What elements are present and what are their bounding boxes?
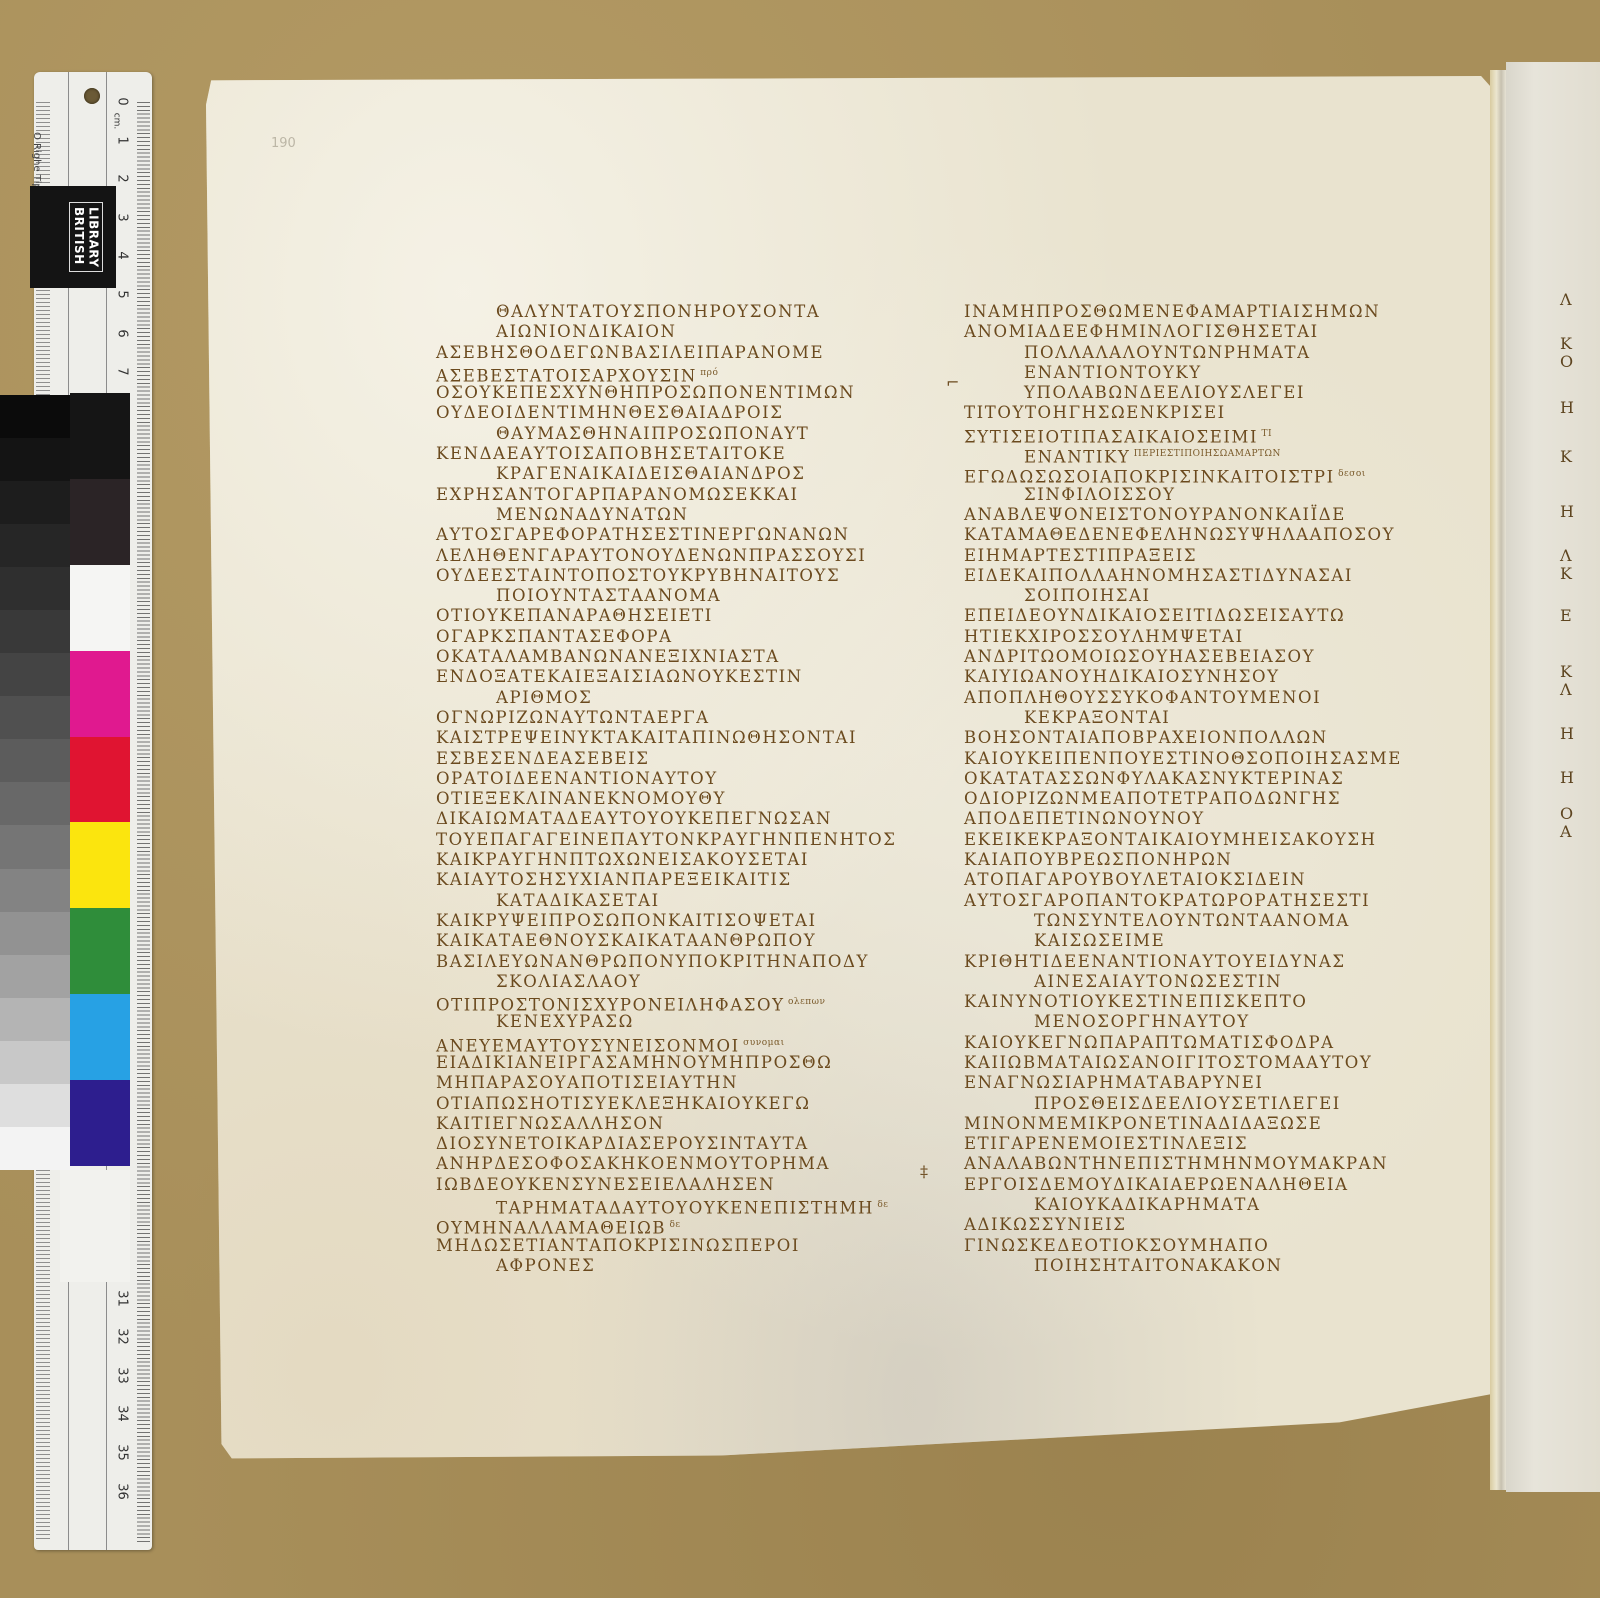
- ruler-cm-mark: 32: [115, 1327, 130, 1347]
- line-text: ΚΑΙΑΠΟΥΒΡΕΩΣΠΟΝΗΡΩΝ: [964, 850, 1232, 869]
- ruler-unit-label: cm.: [111, 113, 121, 130]
- manuscript-line: ΚΑΙΤΙΕΓΝΩΣΑΛΛΗΣΟΝ: [436, 1114, 897, 1134]
- facing-page-letter: Η: [1560, 398, 1574, 417]
- line-text: ΕΣΒΕΣΕΝΔΕΑΣΕΒΕΙΣ: [436, 749, 650, 768]
- manuscript-line: ΚΑΙΣΩΣΕΙΜΕ: [964, 931, 1402, 951]
- manuscript-line: ΜΕΝΩΝΑΔΥΝΑΤΩΝ: [436, 505, 897, 525]
- color-patch-dark-gray: [70, 479, 130, 565]
- line-text: ΑΦΡΟΝΕΣ: [496, 1256, 595, 1275]
- line-text: ΟΚΑΤΑΛΑΜΒΑΝΩΝΑΝΕΞΙΧΝΙΑΣΤΑ: [436, 647, 780, 666]
- ruler-ticks-cm: [128, 102, 150, 1542]
- manuscript-line: ΚΑΙΣΤΡΕΨΕΙΝΥΚΤΑΚΑΙΤΑΠΙΝΩΘΗΣΟΝΤΑΙ: [436, 728, 897, 748]
- color-patch-white: [70, 565, 130, 651]
- line-text: ΔΙΚΑΙΩΜΑΤΑΔΕΑΥΤΟΥΟΥΚΕΠΕΓΝΩΣΑΝ: [436, 809, 832, 828]
- line-text: ΟΤΙΑΠΩΣΗΟΤΙΣΥΕΚΛΕΞΗΚΑΙΟΥΚΕΓΩ: [436, 1094, 811, 1113]
- line-text: ΥΠΟΛΑΒΩΝΔΕΕΛΙΟΥΣΛΕΓΕΙ: [1024, 383, 1305, 402]
- ruler-cm-mark: 1: [115, 130, 130, 150]
- facing-page-letter: Α: [1560, 822, 1572, 841]
- manuscript-line: ΑΝΑΒΛΕΨΟΝΕΙΣΤΟΝΟΥΡΑΝΟΝΚΑΙΪΔΕ: [964, 505, 1402, 525]
- target-white-tab: [60, 1170, 130, 1282]
- color-patch-green: [70, 908, 130, 994]
- facing-page-letter: Η: [1560, 502, 1574, 521]
- line-text: ΠΟΙΗΣΗΤΑΙΤΟΝΑΚΑΚΟΝ: [1034, 1256, 1283, 1275]
- manuscript-line: ΕΝΑΝΤΙΚΥ ΠΕΡΙΕΣΤΙΠΟΙΗΣΩΑΜΑΡΤΩΝ: [964, 444, 1402, 464]
- facing-page-letter: Η: [1560, 724, 1574, 743]
- manuscript-line: ΚΡΑΓΕΝΑΙΚΑΙΔΕΙΣΘΑΙΑΝΔΡΟΣ: [436, 464, 897, 484]
- line-text: ΚΑΙΑΥΤΟΣΗΣΥΧΙΑΝΠΑΡΕΞΕΙΚΑΙΤΙΣ: [436, 870, 792, 889]
- line-text: ΑΤΟΠΑΓΑΡΟΥΒΟΥΛΕΤΑΙΟΚΣΙΔΕΙΝ: [964, 870, 1306, 889]
- british-library-logo: LIBRARY BRITISH: [69, 202, 104, 273]
- manuscript-line: ΜΗΠΑΡΑΣΟΥΑΠΟΤΙΣΕΙΑΥΤΗΝ: [436, 1073, 897, 1093]
- manuscript-line: ΑΝΔΡΙΤΩΟΜΟΙΩΣΟΥΗΑΣΕΒΕΙΑΣΟΥ: [964, 647, 1402, 667]
- interlinear-gloss: πρό: [697, 368, 719, 378]
- ruler-hole: [84, 88, 100, 104]
- manuscript-line: ΟΤΙΑΠΩΣΗΟΤΙΣΥΕΚΛΕΞΗΚΑΙΟΥΚΕΓΩ: [436, 1094, 897, 1114]
- line-text: ΟΤΙΕΞΕΚΛΙΝΑΝΕΚΝΟΜΟΥΘΥ: [436, 789, 726, 808]
- line-text: ΚΕΝΔΑΕΑΥΤΟΙΣΑΠΟΒΗΣΕΤΑΙΤΟΚΕ: [436, 444, 786, 463]
- manuscript-line: ΕΝΑΓΝΩΣΙΑΡΗΜΑΤΑΒΑΡΥΝΕΙ: [964, 1073, 1402, 1093]
- manuscript-line: ΕΙΔΕΚΑΙΠΟΛΛΑΗΝΟΜΗΣΑΣΤΙΔΥΝΑΣΑΙ: [964, 566, 1402, 586]
- line-text: ΤΟΥΕΠΑΓΑΓΕΙΝΕΠΑΥΤΟΝΚΡΑΥΓΗΝΠΕΝΗΤΟΣ: [436, 830, 897, 849]
- facing-page-fragment: ΛΚΟΗΚΗΛΚΕΚΛΗΗΟΑ: [1506, 62, 1600, 1492]
- manuscript-line: ΙΝΑΜΗΠΡΟΣΘΩΜΕΝΕΦΑΜΑΡΤΙΑΙΣΗΜΩΝ: [964, 302, 1402, 322]
- manuscript-line: ΚΑΙΥΙΩΑΝΟΥΗΔΙΚΑΙΟΣΥΝΗΣΟΥ: [964, 667, 1402, 687]
- ruler-cm-mark: 2: [115, 169, 130, 189]
- ruler-cm-mark: 6: [115, 323, 130, 343]
- manuscript-line: ΚΑΤΑΔΙΚΑΣΕΤΑΙ: [436, 891, 897, 911]
- line-text: ΑΠΟΔΕΠΕΤΙΝΩΝΟΥΝΟΥ: [964, 809, 1205, 828]
- line-text: ΚΑΙΣΩΣΕΙΜΕ: [1034, 931, 1165, 950]
- line-text: ΚΑΤΑΔΙΚΑΣΕΤΑΙ: [496, 891, 660, 910]
- gray-step: [0, 395, 80, 438]
- manuscript-line: ΠΟΙΟΥΝΤΑΣΤΑΑΝΟΜΑ: [436, 586, 897, 606]
- gray-step: [0, 610, 80, 653]
- line-text: ΚΕΚΡΑΞΟΝΤΑΙ: [1024, 708, 1170, 727]
- line-text: ΕΙΑΔΙΚΙΑΝΕΙΡΓΑΣΑΜΗΝΟΥΜΗΠΡΟΣΘΩ: [436, 1053, 832, 1072]
- manuscript-line: ΚΑΤΑΜΑΘΕΔΕΝΕΦΕΛΗΝΩΣΥΨΗΛΑΑΠΟΣΟΥ: [964, 525, 1402, 545]
- manuscript-line: ΚΑΙΚΡΥΨΕΙΠΡΟΣΩΠΟΝΚΑΙΤΙΣΟΨΕΤΑΙ: [436, 911, 897, 931]
- gray-step: [0, 1084, 80, 1127]
- manuscript-line: ΣΥΤΙΣΕΙΟΤΙΠΑΣΑΙΚΑΙΟΣΕΙΜΙ ΤΙ: [964, 424, 1402, 444]
- line-text: ΑΙΝΕΣΑΙΑΥΤΟΝΩΣΕΣΤΙΝ: [1034, 972, 1282, 991]
- manuscript-line: ΟΥΔΕΟΙΔΕΝΤΙΜΗΝΘΕΣΘΑΙΑΔΡΟΙΣ: [436, 403, 897, 423]
- line-text: ΟΥΔΕΕΣΤΑΙΝΤΟΠΟΣΤΟΥΚΡΥΒΗΝΑΙΤΟΥΣ: [436, 566, 840, 585]
- manuscript-line: ΑΙΩΝΙΟΝΔΙΚΑΙΟΝ: [436, 322, 897, 342]
- manuscript-line: ΕΤΙΓΑΡΕΝΕΜΟΙΕΣΤΙΝΛΕΞΙΣ: [964, 1134, 1402, 1154]
- line-text: ΓΙΝΩΣΚΕΔΕΟΤΙΟΚΣΟΥΜΗΑΠΟ: [964, 1236, 1269, 1255]
- manuscript-line: ΠΟΛΛΑΛΑΛΟΥΝΤΩΝΡΗΜΑΤΑ: [964, 343, 1402, 363]
- line-text: ΚΑΙΥΙΩΑΝΟΥΗΔΙΚΑΙΟΣΥΝΗΣΟΥ: [964, 667, 1280, 686]
- line-text: ΑΝΔΡΙΤΩΟΜΟΙΩΣΟΥΗΑΣΕΒΕΙΑΣΟΥ: [964, 647, 1315, 666]
- gray-step: [0, 912, 80, 955]
- line-text: ΑΝΑΒΛΕΨΟΝΕΙΣΤΟΝΟΥΡΑΝΟΝΚΑΙΪΔΕ: [964, 505, 1346, 524]
- manuscript-line: ΚΑΙΝΥΝΟΤΙΟΥΚΕΣΤΙΝΕΠΙΣΚΕΠΤΟ: [964, 992, 1402, 1012]
- manuscript-line: ΑΝΕΥΕΜΑΥΤΟΥΣΥΝΕΙΣΟΝΜΟΙ συνομαι: [436, 1033, 897, 1053]
- line-text: ΕΝΑΝΤΙΟΝΤΟΥΚΥ: [1024, 363, 1202, 382]
- manuscript-line: ΤΩΝΣΥΝΤΕΛΟΥΝΤΩΝΤΑΑΝΟΜΑ: [964, 911, 1402, 931]
- ruler-cm-mark: 33: [115, 1365, 130, 1385]
- interlinear-gloss: ολεπων: [785, 997, 826, 1007]
- manuscript-line: ΚΑΙΚΡΑΥΓΗΝΠΤΩΧΩΝΕΙΣΑΚΟΥΣΕΤΑΙ: [436, 850, 897, 870]
- line-text: ΘΑΥΜΑΣΘΗΝΑΙΠΡΟΣΩΠΟΝΑΥΤ: [496, 424, 809, 443]
- line-text: ΕΚΕΙΚΕΚΡΑΞΟΝΤΑΙΚΑΙΟΥΜΗΕΙΣΑΚΟΥΣΗ: [964, 830, 1377, 849]
- line-text: ΚΑΙΚΑΤΑΕΘΝΟΥΣΚΑΙΚΑΤΑΑΝΘΡΩΠΟΥ: [436, 931, 816, 950]
- manuscript-line: ΗΤΙΕΚΧΙΡΟΣΣΟΥΛΗΜΨΕΤΑΙ: [964, 627, 1402, 647]
- badge-line-british: BRITISH: [72, 207, 86, 265]
- manuscript-line: ΚΕΝΔΑΕΑΥΤΟΙΣΑΠΟΒΗΣΕΤΑΙΤΟΚΕ: [436, 444, 897, 464]
- facing-page-letter: Ε: [1560, 606, 1572, 625]
- facing-page-letter: Ο: [1560, 804, 1573, 823]
- manuscript-line: ΣΙΝΦΙΛΟΙΣΣΟΥ: [964, 485, 1402, 505]
- manuscript-line: ΕΝΔΟΞΑΤΕΚΑΙΕΞΑΙΣΙΑΩΝΟΥΚΕΣΤΙΝ: [436, 667, 897, 687]
- line-text: ΚΡΙΘΗΤΙΔΕΕΝΑΝΤΙΟΝΑΥΤΟΥΕΙΔΥΝΑΣ: [964, 952, 1346, 971]
- ruler-cm-mark: 35: [115, 1443, 130, 1463]
- line-text: ΟΚΑΤΑΤΑΣΣΩΝΦΥΛΑΚΑΣΝΥΚΤΕΡΙΝΑΣ: [964, 769, 1344, 788]
- gray-step: [0, 481, 80, 524]
- line-text: ΕΙΗΜΑΡΤΕΣΤΙΠΡΑΞΕΙΣ: [964, 546, 1197, 565]
- line-text: ΤΩΝΣΥΝΤΕΛΟΥΝΤΩΝΤΑΑΝΟΜΑ: [1034, 911, 1350, 930]
- line-text: ΑΝΟΜΙΑΔΕΕΦΗΜΙΝΛΟΓΙΣΘΗΣΕΤΑΙ: [964, 322, 1319, 341]
- manuscript-line: ΕΓΩΔΩΣΩΣΟΙΑΠΟΚΡΙΣΙΝΚΑΙΤΟΙΣΤΡΙ δεσοι: [964, 464, 1402, 484]
- manuscript-line: ΑΠΟΠΛΗΘΟΥΣΣΥΚΟΦΑΝΤΟΥΜΕΝΟΙ: [964, 688, 1402, 708]
- manuscript-line: ΚΑΙΚΑΤΑΕΘΝΟΥΣΚΑΙΚΑΤΑΑΝΘΡΩΠΟΥ: [436, 931, 897, 951]
- manuscript-line: ΟΤΙΟΥΚΕΠΑΝΑΡΑΘΗΣΕΙΕΤΙ: [436, 606, 897, 626]
- line-text: ΚΑΙΝΥΝΟΤΙΟΥΚΕΣΤΙΝΕΠΙΣΚΕΠΤΟ: [964, 992, 1308, 1011]
- manuscript-line: ΜΕΝΟΣΟΡΓΗΝΑΥΤΟΥ: [964, 1012, 1402, 1032]
- manuscript-line: ΜΗΔΩΣΕΤΙΑΝΤΑΠΟΚΡΙΣΙΝΩΣΠΕΡΟΙ: [436, 1236, 897, 1256]
- ruler-cm-mark: 5: [115, 285, 130, 305]
- facing-page-letter: Κ: [1560, 662, 1572, 681]
- line-text: ΕΠΕΙΔΕΟΥΝΔΙΚΑΙΟΣΕΙΤΙΔΩΣΕΙΣΑΥΤΩ: [964, 606, 1345, 625]
- manuscript-line: ΛΕΛΗΘΕΝΓΑΡΑΥΤΟΝΟΥΔΕΝΩΝΠΡΑΣΣΟΥΣΙ: [436, 546, 897, 566]
- manuscript-line: ΤΙΤΟΥΤΟΗΓΗΣΩΕΝΚΡΙΣΕΙ: [964, 403, 1402, 423]
- manuscript-line: ΑΔΙΚΩΣΣΥΝΙΕΙΣ: [964, 1215, 1402, 1235]
- facing-page-letter: Λ: [1560, 680, 1572, 699]
- line-text: ΑΝΗΡΔΕΣΟΦΟΣΑΚΗΚΟΕΝΜΟΥΤΟΡΗΜΑ: [436, 1154, 830, 1173]
- line-text: ΙΝΑΜΗΠΡΟΣΘΩΜΕΝΕΦΑΜΑΡΤΙΑΙΣΗΜΩΝ: [964, 302, 1380, 321]
- manuscript-line: ΚΑΙΟΥΚΕΙΠΕΝΠΟΥΕΣΤΙΝΟΘΣΟΠΟΙΗΣΑΣΜΕ: [964, 749, 1402, 769]
- manuscript-line: ΘΑΛΥΝΤΑΤΟΥΣΠΟΝΗΡΟΥΣΟΝΤΑ: [436, 302, 897, 322]
- line-text: ΘΑΛΥΝΤΑΤΟΥΣΠΟΝΗΡΟΥΣΟΝΤΑ: [496, 302, 820, 321]
- grayscale-target: [0, 395, 80, 1170]
- manuscript-line: ΒΟΗΣΟΝΤΑΙΑΠΟΒΡΑΧΕΙΟΝΠΟΛΛΩΝ: [964, 728, 1402, 748]
- line-text: ΜΕΝΟΣΟΡΓΗΝΑΥΤΟΥ: [1034, 1012, 1250, 1031]
- manuscript-line: ΑΙΝΕΣΑΙΑΥΤΟΝΩΣΕΣΤΙΝ: [964, 972, 1402, 992]
- ruler-cm-mark: 36: [115, 1481, 130, 1501]
- ruler-cm-mark: 3: [115, 207, 130, 227]
- interlinear-gloss: ΠΕΡΙΕΣΤΙΠΟΙΗΣΩΑΜΑΡΤΩΝ: [1130, 449, 1280, 459]
- line-text: ΤΙΤΟΥΤΟΗΓΗΣΩΕΝΚΡΙΣΕΙ: [964, 403, 1226, 422]
- gray-step: [0, 739, 80, 782]
- gray-step: [0, 955, 80, 998]
- line-text: ΠΟΛΛΑΛΑΛΟΥΝΤΩΝΡΗΜΑΤΑ: [1024, 343, 1311, 362]
- color-patch-black: [70, 393, 130, 479]
- margin-mark-cross: ‡: [920, 1162, 928, 1181]
- line-text: ΟΓΝΩΡΙΖΩΝΑΥΤΩΝΤΑΕΡΓΑ: [436, 708, 710, 727]
- manuscript-line: ΕΡΓΟΙΣΔΕΜΟΥΔΙΚΑΙΑΕΡΩΕΝΑΛΗΘΕΙΑ: [964, 1175, 1402, 1195]
- book-spine-gutter: [1490, 70, 1506, 1490]
- manuscript-line: ΟΣΟΥΚΕΠΕΣΧΥΝΘΗΠΡΟΣΩΠΟΝΕΝΤΙΜΩΝ: [436, 383, 897, 403]
- manuscript-line: ΑΝΟΜΙΑΔΕΕΦΗΜΙΝΛΟΓΙΣΘΗΣΕΤΑΙ: [964, 322, 1402, 342]
- line-text: ΠΡΟΣΘΕΙΣΔΕΕΛΙΟΥΣΕΤΙΛΕΓΕΙ: [1034, 1094, 1341, 1113]
- manuscript-line: ΣΟΙΠΟΙΗΣΑΙ: [964, 586, 1402, 606]
- manuscript-line: ΟΤΙΠΡΟΣΤΟΝΙΣΧΥΡΟΝΕΙΛΗΦΑΣΟΥ ολεπων: [436, 992, 897, 1012]
- manuscript-line: ΑΥΤΟΣΓΑΡΕΦΟΡΑΤΗΣΕΣΤΙΝΕΡΓΩΝΑΝΩΝ: [436, 525, 897, 545]
- line-text: ΑΝΑΛΑΒΩΝΤΗΝΕΠΙΣΤΗΜΗΝΜΟΥΜΑΚΡΑΝ: [964, 1154, 1388, 1173]
- manuscript-line: ΑΦΡΟΝΕΣ: [436, 1256, 897, 1276]
- gray-step: [0, 438, 80, 481]
- gray-step: [0, 696, 80, 739]
- line-text: ΚΑΙΚΡΥΨΕΙΠΡΟΣΩΠΟΝΚΑΙΤΙΣΟΨΕΤΑΙ: [436, 911, 817, 930]
- manuscript-line: ΟΚΑΤΑΛΑΜΒΑΝΩΝΑΝΕΞΙΧΝΙΑΣΤΑ: [436, 647, 897, 667]
- manuscript-line: ΚΑΙΑΥΤΟΣΗΣΥΧΙΑΝΠΑΡΕΞΕΙΚΑΙΤΙΣ: [436, 870, 897, 890]
- gray-step: [0, 782, 80, 825]
- line-text: ΣΚΟΛΙΑΣΛΑΟΥ: [496, 972, 641, 991]
- interlinear-gloss: δε: [874, 1200, 888, 1210]
- line-text: ΑΙΩΝΙΟΝΔΙΚΑΙΟΝ: [496, 322, 677, 341]
- manuscript-line: ΑΠΟΔΕΠΕΤΙΝΩΝΟΥΝΟΥ: [964, 809, 1402, 829]
- badge-line-library: LIBRARY: [86, 207, 100, 268]
- manuscript-line: ΕΣΒΕΣΕΝΔΕΑΣΕΒΕΙΣ: [436, 749, 897, 769]
- facing-page-letter: Κ: [1560, 447, 1572, 466]
- manuscript-line: ΕΧΡΗΣΑΝΤΟΓΑΡΠΑΡΑΝΟΜΩΣΕΚΚΑΙ: [436, 485, 897, 505]
- line-text: ΑΥΤΟΣΓΑΡΕΦΟΡΑΤΗΣΕΣΤΙΝΕΡΓΩΝΑΝΩΝ: [436, 525, 850, 544]
- facing-page-letter: Κ: [1560, 564, 1572, 583]
- line-text: ΚΡΑΓΕΝΑΙΚΑΙΔΕΙΣΘΑΙΑΝΔΡΟΣ: [496, 464, 806, 483]
- text-column-left: ΘΑΛΥΝΤΑΤΟΥΣΠΟΝΗΡΟΥΣΟΝΤΑΑΙΩΝΙΟΝΔΙΚΑΙΟΝΑΣΕ…: [436, 302, 897, 1276]
- line-text: ΕΤΙΓΑΡΕΝΕΜΟΙΕΣΤΙΝΛΕΞΙΣ: [964, 1134, 1248, 1153]
- manuscript-line: ΜΙΝΟΝΜΕΜΙΚΡΟΝΕΤΙΝΑΔΙΔΑΞΩΣΕ: [964, 1114, 1402, 1134]
- manuscript-line: ΤΟΥΕΠΑΓΑΓΕΙΝΕΠΑΥΤΟΝΚΡΑΥΓΗΝΠΕΝΗΤΟΣ: [436, 830, 897, 850]
- facing-page-letter: Κ: [1560, 334, 1572, 353]
- manuscript-line: ΟΓΑΡΚΣΠΑΝΤΑΣΕΦΟΡΑ: [436, 627, 897, 647]
- manuscript-line: ΥΠΟΛΑΒΩΝΔΕΕΛΙΟΥΣΛΕΓΕΙ: [964, 383, 1402, 403]
- line-text: ΕΧΡΗΣΑΝΤΟΓΑΡΠΑΡΑΝΟΜΩΣΕΚΚΑΙ: [436, 485, 799, 504]
- line-text: ΕΙΔΕΚΑΙΠΟΛΛΑΗΝΟΜΗΣΑΣΤΙΔΥΝΑΣΑΙ: [964, 566, 1353, 585]
- color-patch-magenta: [70, 651, 130, 737]
- facing-page-letter: Λ: [1560, 546, 1572, 565]
- ruler-cm-mark: 4: [115, 246, 130, 266]
- line-text: ΟΡΑΤΟΙΔΕΕΝΑΝΤΙΟΝΑΥΤΟΥ: [436, 769, 718, 788]
- facing-page-letter: Ο: [1560, 352, 1573, 371]
- ruler-cm-mark: 0: [115, 92, 130, 112]
- manuscript-line: ΕΚΕΙΚΕΚΡΑΞΟΝΤΑΙΚΑΙΟΥΜΗΕΙΣΑΚΟΥΣΗ: [964, 830, 1402, 850]
- manuscript-line: ΟΓΝΩΡΙΖΩΝΑΥΤΩΝΤΑΕΡΓΑ: [436, 708, 897, 728]
- manuscript-line: ΑΝΑΛΑΒΩΝΤΗΝΕΠΙΣΤΗΜΗΝΜΟΥΜΑΚΡΑΝ: [964, 1154, 1402, 1174]
- text-column-right: ΙΝΑΜΗΠΡΟΣΘΩΜΕΝΕΦΑΜΑΡΤΙΑΙΣΗΜΩΝΑΝΟΜΙΑΔΕΕΦΗ…: [964, 302, 1402, 1276]
- ruler-cm-mark: 7: [115, 362, 130, 382]
- margin-mark-dash: ⌐: [946, 373, 959, 392]
- manuscript-line: ΚΑΙΟΥΚΕΓΝΩΠΑΡΑΠΤΩΜΑΤΙΣΦΟΔΡΑ: [964, 1033, 1402, 1053]
- line-text: ΟΤΙΟΥΚΕΠΑΝΑΡΑΘΗΣΕΙΕΤΙ: [436, 606, 713, 625]
- manuscript-line: ΚΑΙΙΩΒΜΑΤΑΙΩΣΑΝΟΙΓΙΤΟΣΤΟΜΑΑΥΤΟΥ: [964, 1053, 1402, 1073]
- manuscript-line: ΒΑΣΙΛΕΥΩΝΑΝΘΡΩΠΟΝΥΠΟΚΡΙΤΗΝΑΠΟΔΥ: [436, 952, 897, 972]
- line-text: ΒΟΗΣΟΝΤΑΙΑΠΟΒΡΑΧΕΙΟΝΠΟΛΛΩΝ: [964, 728, 1328, 747]
- line-text: ΚΕΝΕΧΥΡΑΣΩ: [496, 1012, 634, 1031]
- manuscript-line: ΓΙΝΩΣΚΕΔΕΟΤΙΟΚΣΟΥΜΗΑΠΟ: [964, 1236, 1402, 1256]
- manuscript-line: ΟΚΑΤΑΤΑΣΣΩΝΦΥΛΑΚΑΣΝΥΚΤΕΡΙΝΑΣ: [964, 769, 1402, 789]
- interlinear-gloss: δε: [666, 1220, 680, 1230]
- manuscript-line: ΔΙΟΣΥΝΕΤΟΙΚΑΡΔΙΑΣΕΡΟΥΣΙΝΤΑΥΤΑ: [436, 1134, 897, 1154]
- gray-step: [0, 998, 80, 1041]
- color-patch-cyan: [70, 994, 130, 1080]
- manuscript-line: ΣΚΟΛΙΑΣΛΑΟΥ: [436, 972, 897, 992]
- line-text: ΜΗΠΑΡΑΣΟΥΑΠΟΤΙΣΕΙΑΥΤΗΝ: [436, 1073, 738, 1092]
- manuscript-line: ΠΟΙΗΣΗΤΑΙΤΟΝΑΚΑΚΟΝ: [964, 1256, 1402, 1276]
- gray-step: [0, 1041, 80, 1084]
- manuscript-line: ΟΔΙΟΡΙΖΩΝΜΕΑΠΟΤΕΤΡΑΠΟΔΩΝΓΗΣ: [964, 789, 1402, 809]
- line-text: ΚΑΙΤΙΕΓΝΩΣΑΛΛΗΣΟΝ: [436, 1114, 665, 1133]
- line-text: ΚΑΙΚΡΑΥΓΗΝΠΤΩΧΩΝΕΙΣΑΚΟΥΣΕΤΑΙ: [436, 850, 809, 869]
- line-text: ΟΔΙΟΡΙΖΩΝΜΕΑΠΟΤΕΤΡΑΠΟΔΩΝΓΗΣ: [964, 789, 1341, 808]
- line-text: ΟΓΑΡΚΣΠΑΝΤΑΣΕΦΟΡΑ: [436, 627, 673, 646]
- ruler-cm-mark: 31: [115, 1288, 130, 1308]
- line-text: ΚΑΙΟΥΚΕΓΝΩΠΑΡΑΠΤΩΜΑΤΙΣΦΟΔΡΑ: [964, 1033, 1335, 1052]
- line-text: ΣΟΙΠΟΙΗΣΑΙ: [1024, 586, 1151, 605]
- gray-step: [0, 825, 80, 868]
- line-text: ΚΑΙΟΥΚΕΙΠΕΝΠΟΥΕΣΤΙΝΟΘΣΟΠΟΙΗΣΑΣΜΕ: [964, 749, 1402, 768]
- manuscript-line: ΑΣΕΒΕΣΤΑΤΟΙΣΑΡΧΟΥΣΙΝ πρό: [436, 363, 897, 383]
- manuscript-line: ΚΕΚΡΑΞΟΝΤΑΙ: [964, 708, 1402, 728]
- manuscript-line: ΟΥΔΕΕΣΤΑΙΝΤΟΠΟΣΤΟΥΚΡΥΒΗΝΑΙΤΟΥΣ: [436, 566, 897, 586]
- manuscript-line: ΕΙΗΜΑΡΤΕΣΤΙΠΡΑΞΕΙΣ: [964, 546, 1402, 566]
- manuscript-line: ΚΑΙΑΠΟΥΒΡΕΩΣΠΟΝΗΡΩΝ: [964, 850, 1402, 870]
- manuscript-line: ΕΙΑΔΙΚΙΑΝΕΙΡΓΑΣΑΜΗΝΟΥΜΗΠΡΟΣΘΩ: [436, 1053, 897, 1073]
- line-text: ΚΑΙΣΤΡΕΨΕΙΝΥΚΤΑΚΑΙΤΑΠΙΝΩΘΗΣΟΝΤΑΙ: [436, 728, 857, 747]
- line-text: ΚΑΤΑΜΑΘΕΔΕΝΕΦΕΛΗΝΩΣΥΨΗΛΑΑΠΟΣΟΥ: [964, 525, 1395, 544]
- gray-step: [0, 653, 80, 696]
- manuscript-line: ΔΙΚΑΙΩΜΑΤΑΔΕΑΥΤΟΥΟΥΚΕΠΕΓΝΩΣΑΝ: [436, 809, 897, 829]
- facing-page-letter: Η: [1560, 768, 1574, 787]
- line-text: ΜΙΝΟΝΜΕΜΙΚΡΟΝΕΤΙΝΑΔΙΔΑΞΩΣΕ: [964, 1114, 1322, 1133]
- gray-step: [0, 1127, 80, 1170]
- line-text: ΛΕΛΗΘΕΝΓΑΡΑΥΤΟΝΟΥΔΕΝΩΝΠΡΑΣΣΟΥΣΙ: [436, 546, 866, 565]
- line-text: ΙΩΒΔΕΟΥΚΕΝΣΥΝΕΣΕΙΕΛΑΛΗΣΕΝ: [436, 1175, 775, 1194]
- line-text: ΜΗΔΩΣΕΤΙΑΝΤΑΠΟΚΡΙΣΙΝΩΣΠΕΡΟΙ: [436, 1236, 800, 1255]
- interlinear-gloss: δεσοι: [1335, 469, 1366, 479]
- line-text: ΜΕΝΩΝΑΔΥΝΑΤΩΝ: [496, 505, 689, 524]
- manuscript-line: ΚΡΙΘΗΤΙΔΕΕΝΑΝΤΙΟΝΑΥΤΟΥΕΙΔΥΝΑΣ: [964, 952, 1402, 972]
- manuscript-line: ΘΑΥΜΑΣΘΗΝΑΙΠΡΟΣΩΠΟΝΑΥΤ: [436, 424, 897, 444]
- line-text: ΗΤΙΕΚΧΙΡΟΣΣΟΥΛΗΜΨΕΤΑΙ: [964, 627, 1244, 646]
- manuscript-line: ΟΥΜΗΝΑΛΛΑΜΑΘΕΙΩΒ δε: [436, 1215, 897, 1235]
- line-text: ΠΟΙΟΥΝΤΑΣΤΑΑΝΟΜΑ: [496, 586, 721, 605]
- line-text: ΕΡΓΟΙΣΔΕΜΟΥΔΙΚΑΙΑΕΡΩΕΝΑΛΗΘΕΙΑ: [964, 1175, 1349, 1194]
- color-target: [70, 393, 130, 1166]
- manuscript-line: ΕΠΕΙΔΕΟΥΝΔΙΚΑΙΟΣΕΙΤΙΔΩΣΕΙΣΑΥΤΩ: [964, 606, 1402, 626]
- gray-step: [0, 567, 80, 610]
- manuscript-line: ΙΩΒΔΕΟΥΚΕΝΣΥΝΕΣΕΙΕΛΑΛΗΣΕΝ: [436, 1175, 897, 1195]
- line-text: ΒΑΣΙΛΕΥΩΝΑΝΘΡΩΠΟΝΥΠΟΚΡΙΤΗΝΑΠΟΔΥ: [436, 952, 869, 971]
- line-text: ΑΡΙΘΜΟΣ: [496, 688, 592, 707]
- manuscript-line: ΑΝΗΡΔΕΣΟΦΟΣΑΚΗΚΟΕΝΜΟΥΤΟΡΗΜΑ: [436, 1154, 897, 1174]
- line-text: ΑΠΟΠΛΗΘΟΥΣΣΥΚΟΦΑΝΤΟΥΜΕΝΟΙ: [964, 688, 1321, 707]
- line-text: ΑΔΙΚΩΣΣΥΝΙΕΙΣ: [964, 1215, 1127, 1234]
- line-text: ΕΝΑΓΝΩΣΙΑΡΗΜΑΤΑΒΑΡΥΝΕΙ: [964, 1073, 1264, 1092]
- line-text: ΔΙΟΣΥΝΕΤΟΙΚΑΡΔΙΑΣΕΡΟΥΣΙΝΤΑΥΤΑ: [436, 1134, 809, 1153]
- line-text: ΕΝΔΟΞΑΤΕΚΑΙΕΞΑΙΣΙΑΩΝΟΥΚΕΣΤΙΝ: [436, 667, 803, 686]
- manuscript-line: ΑΡΙΘΜΟΣ: [436, 688, 897, 708]
- british-library-badge: LIBRARY BRITISH: [30, 186, 116, 288]
- manuscript-line: ΚΑΙΟΥΚΑΔΙΚΑΡΗΜΑΤΑ: [964, 1195, 1402, 1215]
- manuscript-line: ΟΡΑΤΟΙΔΕΕΝΑΝΤΙΟΝΑΥΤΟΥ: [436, 769, 897, 789]
- color-patch-red: [70, 737, 130, 823]
- manuscript-line: ΑΤΟΠΑΓΑΡΟΥΒΟΥΛΕΤΑΙΟΚΣΙΔΕΙΝ: [964, 870, 1402, 890]
- line-text: ΟΥΔΕΟΙΔΕΝΤΙΜΗΝΘΕΣΘΑΙΑΔΡΟΙΣ: [436, 403, 784, 422]
- facing-page-letter: Λ: [1560, 290, 1572, 309]
- manuscript-line: ΑΣΕΒΗΣΘΟΔΕΓΩΝΒΑΣΙΛΕΙΠΑΡΑΝΟΜΕ: [436, 343, 897, 363]
- folio-number: 190: [271, 136, 296, 151]
- manuscript-line: ΤΑΡΗΜΑΤΑΔΑΥΤΟΥΟΥΚΕΝΕΠΙΣΤΗΜΗ δε: [436, 1195, 897, 1215]
- ruler-cm-mark: 34: [115, 1404, 130, 1424]
- line-text: ΚΑΙΙΩΒΜΑΤΑΙΩΣΑΝΟΙΓΙΤΟΣΤΟΜΑΑΥΤΟΥ: [964, 1053, 1372, 1072]
- manuscript-line: ΕΝΑΝΤΙΟΝΤΟΥΚΥ: [964, 363, 1402, 383]
- color-patch-blue-violet: [70, 1080, 130, 1166]
- interlinear-gloss: ΤΙ: [1258, 429, 1272, 439]
- line-text: ΣΙΝΦΙΛΟΙΣΣΟΥ: [1024, 485, 1176, 504]
- manuscript-leaf: 190 ΘΑΛΥΝΤΑΤΟΥΣΠΟΝΗΡΟΥΣΟΝΤΑΑΙΩΝΙΟΝΔΙΚΑΙΟ…: [206, 76, 1494, 1516]
- manuscript-line: ΚΕΝΕΧΥΡΑΣΩ: [436, 1012, 897, 1032]
- gray-step: [0, 524, 80, 567]
- gray-step: [0, 869, 80, 912]
- line-text: ΚΑΙΟΥΚΑΔΙΚΑΡΗΜΑΤΑ: [1034, 1195, 1261, 1214]
- line-text: ΑΥΤΟΣΓΑΡΟΠΑΝΤΟΚΡΑΤΩΡΟΡΑΤΗΣΕΣΤΙ: [964, 891, 1370, 910]
- line-text: ΟΣΟΥΚΕΠΕΣΧΥΝΘΗΠΡΟΣΩΠΟΝΕΝΤΙΜΩΝ: [436, 383, 855, 402]
- line-text: ΑΣΕΒΗΣΘΟΔΕΓΩΝΒΑΣΙΛΕΙΠΑΡΑΝΟΜΕ: [436, 343, 824, 362]
- interlinear-gloss: συνομαι: [740, 1038, 785, 1048]
- manuscript-line: ΟΤΙΕΞΕΚΛΙΝΑΝΕΚΝΟΜΟΥΘΥ: [436, 789, 897, 809]
- manuscript-line: ΑΥΤΟΣΓΑΡΟΠΑΝΤΟΚΡΑΤΩΡΟΡΑΤΗΣΕΣΤΙ: [964, 891, 1402, 911]
- color-patch-yellow: [70, 822, 130, 908]
- manuscript-line: ΠΡΟΣΘΕΙΣΔΕΕΛΙΟΥΣΕΤΙΛΕΓΕΙ: [964, 1094, 1402, 1114]
